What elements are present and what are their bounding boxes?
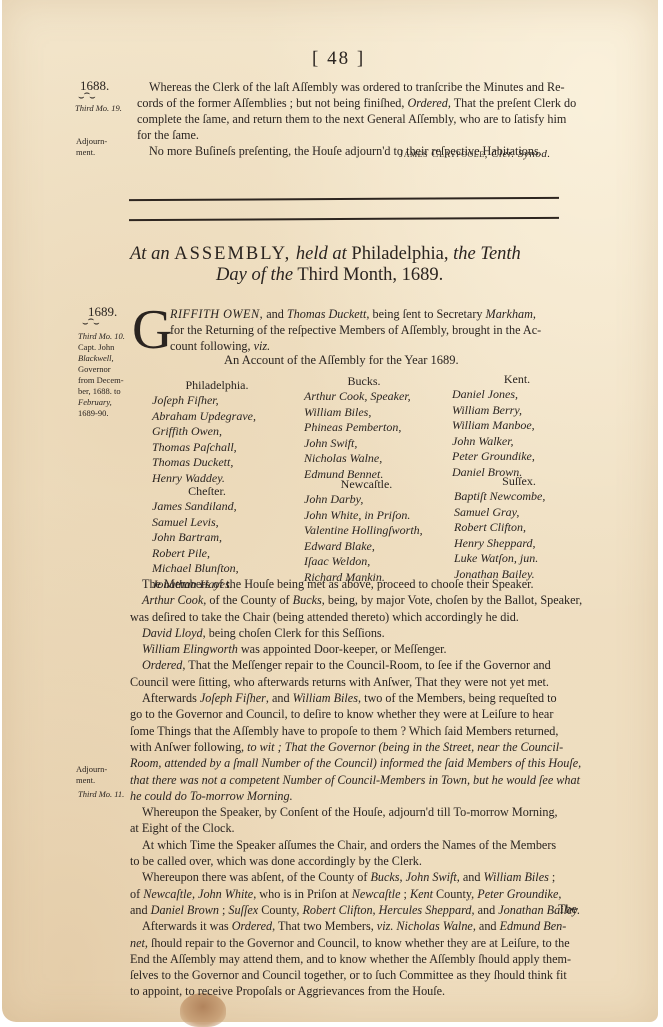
member-name: Abraham Updegrave, [152,409,282,425]
text-span: Ordered, [407,96,450,110]
text-span: , and [473,919,500,933]
member-name: William Berry, [452,403,582,419]
heading-span: Third Month, 1689. [297,265,443,285]
heading-span: Day of the [216,265,293,285]
heading-span: Philadelphia, [351,244,448,264]
text-span: go to the Governor and Council, to deſir… [130,707,553,721]
member-name: John Walker, [452,434,582,450]
member-name: John Bartram, [152,530,282,546]
county-sussex: Suſſex. Baptiſt Newcombe, Samuel Gray, R… [454,474,584,582]
text-span: County, [258,903,302,917]
margin-text: Blackwell, [78,353,125,364]
text-line: At which Time the Speaker aſſumes the Ch… [130,837,582,853]
county-bucks: Bucks. Arthur Cook, Speaker, William Bil… [304,374,444,482]
text-span: to be called over, which was done accord… [130,854,422,868]
text-span: , being, by major Vote, choſen by the Ba… [322,593,582,607]
heading-span: the Tenth [453,244,521,264]
text-span: , being choſen Clerk for this Seſſions. [203,626,385,640]
text-line: End the Aſſembly may attend them, and to… [130,951,582,967]
top-paragraph: Whereas the Clerk of the laſt Aſſembly w… [137,79,576,159]
divider-rule [129,217,559,221]
text-span: with Anſwer following, [130,740,247,754]
text-span: ; [219,903,228,917]
margin-date-2: Third Mo. 11. [78,789,124,800]
text-span: Newcaſtle [352,887,401,901]
intro-paragraph: RIFFITH OWEN, and Thomas Duckett, being … [170,306,541,354]
text-line: go to the Governor and Council, to deſir… [130,706,582,722]
text-span: viz. Nicholas Walne [377,919,473,933]
text-line: to appoint, to receive Propoſals or Aggr… [130,983,582,999]
margin-text: Adjourn- [76,136,107,147]
county-name: Newcaſtle. [304,477,464,492]
member-name: Griffith Owen, [152,424,282,440]
assembly-heading: At an ASSEMBLY, held at Philadelphia, th… [130,244,521,265]
margin-date: Third Mo. 19. [75,103,122,114]
text-span: Joſeph Fiſher [200,691,266,705]
text-line: for the Returning of the reſpective Memb… [170,322,541,338]
margin-text: ber, 1688. to [78,386,125,397]
text-span: count following, [170,339,254,353]
member-name: Thomas Duckett, [152,455,282,471]
text-line: Council were ſitting, who afterwards ret… [130,674,582,690]
heading-span: held at [296,244,347,264]
member-name: John Darby, [304,492,464,508]
text-span: and [263,307,287,321]
text-span: Afterwards it was [142,919,232,933]
text-line: Room, attended by a ſmall Number of the … [130,755,582,771]
text-line: was deſired to take the Chair (being att… [130,609,582,625]
text-span: That the preſent Clerk do [451,96,576,110]
member-name: Luke Watſon, jun. [454,551,584,567]
text-span: to wit ; That the Governor (being in the… [247,740,563,754]
signature-name: James Claypoole, [399,148,488,160]
text-line: Whereupon the Speaker, by Conſent of the… [130,804,582,820]
margin-year-1689: 1689. [88,306,117,317]
text-span: , two of the Members, being requeſted to [358,691,557,705]
text-span: Markham, [486,307,536,321]
text-span: Whereupon the Speaker, by Conſent of the… [142,805,558,819]
text-line: David Lloyd, being choſen Clerk for this… [130,625,582,641]
text-span: was appointed Door-keeper, or Meſſenger. [238,642,447,656]
signature-title: Cler. Synod. [491,148,550,160]
member-name: Nicholas Walne, [304,451,444,467]
text-span: , ſhould repair to the Governor and Coun… [145,936,570,950]
text-line: and Daniel Brown ; Suſſex County, Robert… [130,902,582,918]
member-name: Samuel Gray, [454,505,584,521]
text-span: , and [471,903,498,917]
member-list: Joſeph Fiſher, Abraham Updegrave, Griffi… [152,393,282,486]
member-name: Henry Sheppard, [454,536,584,552]
text-line: RIFFITH OWEN, and Thomas Duckett, being … [170,306,541,322]
text-span: being ſent to Secretary [369,307,485,321]
text-line: The Members of the Houſe being met as ab… [130,576,582,592]
text-span: , That the Meſſenger repair to the Counc… [182,658,550,672]
margin-adjournment: Adjourn- ment. [76,136,107,158]
text-span: Suſſex [228,903,258,917]
member-name: Arthur Cook, Speaker, [304,389,444,405]
text-span: , and [266,691,293,705]
text-line: ſome Things that the Aſſembly have to pr… [130,723,582,739]
text-span: Whereupon there was abſent, of the Count… [142,870,370,884]
text-line: net, ſhould repair to the Governor and C… [130,935,582,951]
text-span: of [130,887,143,901]
text-span: At which Time the Speaker aſſumes the Ch… [142,838,556,852]
text-line: of Newcaſtle, John White, who is in Priſ… [130,886,582,902]
member-list: John Darby, John White, in Priſon. Valen… [304,492,464,585]
text-span: William Elingworth [142,642,238,656]
margin-text: Adjourn- [76,764,107,775]
text-span: was deſired to take the Chair (being att… [130,610,519,624]
text-span: William Biles [293,691,358,705]
text-line: at Eight of the Clock. [130,820,582,836]
text-line: Afterwards it was Ordered, That two Memb… [130,918,582,934]
text-line: Whereupon there was abſent, of the Count… [130,869,582,885]
text-line: Whereas the Clerk of the laſt Aſſembly w… [137,79,576,95]
drop-cap: G [132,302,172,358]
text-span: Ordered [232,919,272,933]
member-name: Baptiſt Newcombe, [454,489,584,505]
text-span: Daniel Brown [151,903,219,917]
member-name: Michael Blunſton, [152,561,282,577]
member-name: Peter Groundike, [452,449,582,465]
margin-notes: Third Mo. 10. Capt. John Blackwell, Gove… [78,331,125,419]
margin-text: Capt. John [78,342,125,353]
text-span: that there was not a competent Number of… [130,773,580,787]
member-list: Arthur Cook, Speaker, William Biles, Phi… [304,389,444,482]
member-name: William Biles, [304,405,444,421]
text-span: Bucks [293,593,322,607]
text-span: to appoint, to receive Propoſals or Aggr… [130,984,445,998]
text-span: End the Aſſembly may attend them, and to… [130,952,571,966]
text-line: William Elingworth was appointed Door-ke… [130,641,582,657]
divider-rule [129,197,559,201]
text-line: that there was not a competent Number of… [130,772,582,788]
member-name: Robert Clifton, [454,520,584,536]
county-name: Cheſter. [152,484,282,499]
text-span: , That two Members, [272,919,377,933]
text-span: he could do To-morrow Morning. [130,789,293,803]
margin-text: ment. [76,147,107,158]
text-span: Kent [410,887,433,901]
member-name: John Swift, [304,436,444,452]
text-span: Arthur Cook [142,593,203,607]
text-span: , who is in Priſon at [253,887,352,901]
brace-icon: ⌣⁀⌣ [78,92,95,103]
member-name: Daniel Jones, [452,387,582,403]
member-name: Phineas Pemberton, [304,420,444,436]
document-page: [ 48 ] 1688. ⌣⁀⌣ Third Mo. 19. Adjourn- … [2,0,658,1022]
text-span: ſome Things that the Aſſembly have to pr… [130,724,558,738]
text-line: to be called over, which was done accord… [130,853,582,869]
text-span: Newcaſtle, John White [143,887,253,901]
text-line: Ordered, That the Meſſenger repair to th… [130,657,582,673]
county-newcastle: Newcaſtle. John Darby, John White, in Pr… [304,477,464,585]
text-span: Peter Groundike, [477,887,561,901]
proceedings-text: The Members of the Houſe being met as ab… [130,576,582,1000]
catchword: The [558,901,577,917]
text-span: ; [549,870,555,884]
margin-text: February, [78,397,125,408]
text-span: County, [433,887,477,901]
text-span: net [130,936,145,950]
text-span: Room, attended by a ſmall Number of the … [130,756,581,770]
member-name: Valentine Hollingſworth, [304,523,464,539]
member-name: Joſeph Fiſher, [152,393,282,409]
text-line: Arthur Cook, of the County of Bucks, bei… [130,592,582,608]
margin-text: from Decem- [78,375,125,386]
signature: James Claypoole, Cler. Synod. [399,148,551,160]
member-name: Thomas Paſchall, [152,440,282,456]
heading-span: ASSEMBLY, [174,244,291,264]
member-name: John White, in Priſon. [304,508,464,524]
margin-text: 1689-90. [78,408,125,419]
text-span: , and [457,870,484,884]
account-title: An Account of the Aſſembly for the Year … [224,352,459,368]
text-span: at Eight of the Clock. [130,821,235,835]
text-span: Edmund Ben- [500,919,567,933]
text-span: Thomas Duckett, [287,307,370,321]
text-span: David Lloyd [142,626,203,640]
margin-text: ment. [76,775,107,786]
text-span: RIFFITH OWEN, [170,307,263,321]
member-list: Baptiſt Newcombe, Samuel Gray, Robert Cl… [454,489,584,582]
text-span: and [130,903,151,917]
county-name: Suſſex. [454,474,584,489]
text-span: The Members of the Houſe being met as ab… [142,577,534,591]
county-philadelphia: Philadelphia. Joſeph Fiſher, Abraham Upd… [152,378,282,486]
text-line: he could do To-morrow Morning. [130,788,582,804]
member-name: Edward Blake, [304,539,464,555]
text-span: Ordered [142,658,182,672]
member-name: Samuel Levis, [152,515,282,531]
margin-text: Third Mo. 10. [78,331,125,342]
text-line: for the ſame. [137,127,576,143]
text-span: Council were ſitting, who afterwards ret… [130,675,549,689]
text-line: Afterwards Joſeph Fiſher, and William Bi… [130,690,582,706]
text-span: Robert Clifton, Hercules Sheppard [302,903,471,917]
margin-adjournment-2: Adjourn- ment. [76,764,107,786]
text-line: with Anſwer following, to wit ; That the… [130,739,582,755]
county-name: Kent. [452,372,582,387]
county-kent: Kent. Daniel Jones, William Berry, Willi… [452,372,582,480]
text-span: cords of the former Aſſemblies ; but not… [137,96,407,110]
text-span: ſelves to the Governor and Council toget… [130,968,567,982]
brace-icon: ⌣⁀⌣ [82,318,99,329]
text-span: ; [400,887,409,901]
text-span: Bucks, John Swift [370,870,456,884]
text-line: ſelves to the Governor and Council toget… [130,967,582,983]
text-span: Afterwards [142,691,200,705]
heading-span: At an [130,244,170,264]
member-name: William Manboe, [452,418,582,434]
member-name: Iſaac Weldon, [304,554,464,570]
member-name: James Sandiland, [152,499,282,515]
page-number: [ 48 ] [312,48,365,70]
member-list: Daniel Jones, William Berry, William Man… [452,387,582,480]
text-line: cords of the former Aſſemblies ; but not… [137,95,576,111]
text-line: complete the ſame, and return them to th… [137,111,576,127]
margin-year-1688: 1688. [80,80,109,91]
text-span: , of the County of [203,593,292,607]
member-name: Robert Pile, [152,546,282,562]
county-name: Bucks. [304,374,444,389]
county-name: Philadelphia. [152,378,282,393]
text-span: viz. [254,339,271,353]
text-span: William Biles [484,870,549,884]
assembly-heading-line2: Day of the Third Month, 1689. [216,265,443,286]
margin-text: Governor [78,364,125,375]
